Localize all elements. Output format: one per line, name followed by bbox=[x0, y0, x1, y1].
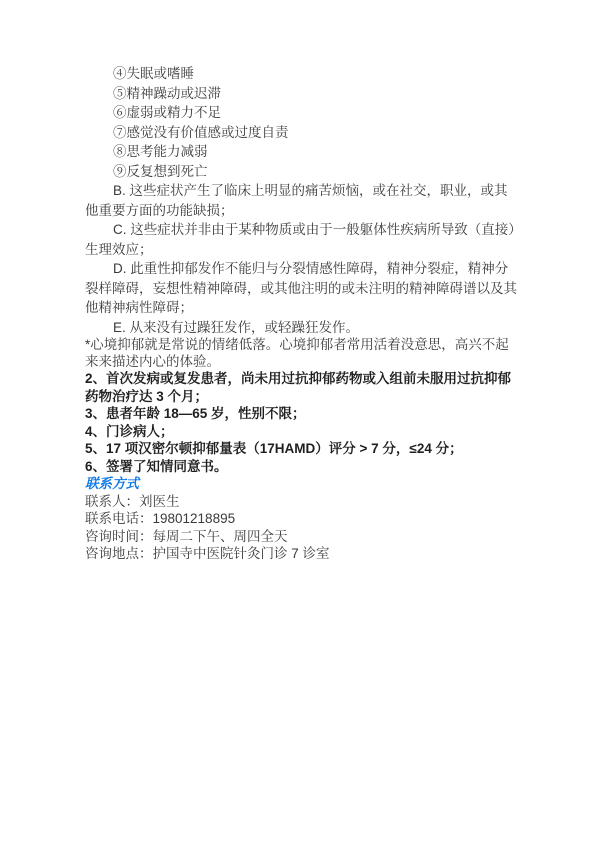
symptom-item-9: ⑨反复想到死亡 bbox=[85, 162, 518, 182]
document-content: ④失眠或嗜睡 ⑤精神躁动或迟滞 ⑥虚弱或精力不足 ⑦感觉没有价值感或过度自责 ⑧… bbox=[85, 64, 518, 563]
inclusion-item-3: 3、患者年龄 18—65 岁，性别不限； bbox=[85, 405, 518, 423]
criterion-c-paragraph: C. 这些症状并非由于某种物质或由于一般躯体性疾病所导致（直接）生理效应； bbox=[85, 220, 518, 259]
criterion-d-paragraph: D. 此重性抑郁发作不能归与分裂情感性障碍，精神分裂症，精神分裂样障碍，妄想性精… bbox=[85, 259, 518, 318]
symptom-item-6: ⑥虚弱或精力不足 bbox=[85, 103, 518, 123]
contact-section-title: 联系方式 bbox=[85, 475, 518, 493]
contact-time-line: 咨询时间：每周二下午、周四全天 bbox=[85, 528, 518, 546]
symptom-item-7: ⑦感觉没有价值感或过度自责 bbox=[85, 123, 518, 143]
inclusion-item-5: 5、17 项汉密尔顿抑郁量表（17HAMD）评分 > 7 分，≤24 分； bbox=[85, 440, 518, 458]
mood-depression-footnote: *心境抑郁就是常说的情绪低落。心境抑郁者常用活着没意思，高兴不起来来描述内心的体… bbox=[85, 337, 518, 370]
inclusion-item-2: 2、首次发病或复发患者，尚未用过抗抑郁药物或入组前未服用过抗抑郁药物治疗达 3 … bbox=[85, 370, 518, 405]
contact-person-line: 联系人：刘医生 bbox=[85, 493, 518, 511]
symptom-item-4: ④失眠或嗜睡 bbox=[85, 64, 518, 84]
contact-phone-line: 联系电话：19801218895 bbox=[85, 510, 518, 528]
criterion-b-paragraph: B. 这些症状产生了临床上明显的痛苦烦恼，或在社交，职业，或其他重要方面的功能缺… bbox=[85, 181, 518, 220]
criterion-e-paragraph: E. 从来没有过躁狂发作，或轻躁狂发作。 bbox=[85, 318, 518, 338]
inclusion-item-6: 6、签署了知情同意书。 bbox=[85, 458, 518, 476]
inclusion-item-4: 4、门诊病人； bbox=[85, 423, 518, 441]
document-page: ④失眠或嗜睡 ⑤精神躁动或迟滞 ⑥虚弱或精力不足 ⑦感觉没有价值感或过度自责 ⑧… bbox=[0, 0, 600, 848]
contact-address-line: 咨询地点：护国寺中医院针灸门诊 7 诊室 bbox=[85, 545, 518, 563]
symptom-item-8: ⑧思考能力减弱 bbox=[85, 142, 518, 162]
symptom-item-5: ⑤精神躁动或迟滞 bbox=[85, 84, 518, 104]
